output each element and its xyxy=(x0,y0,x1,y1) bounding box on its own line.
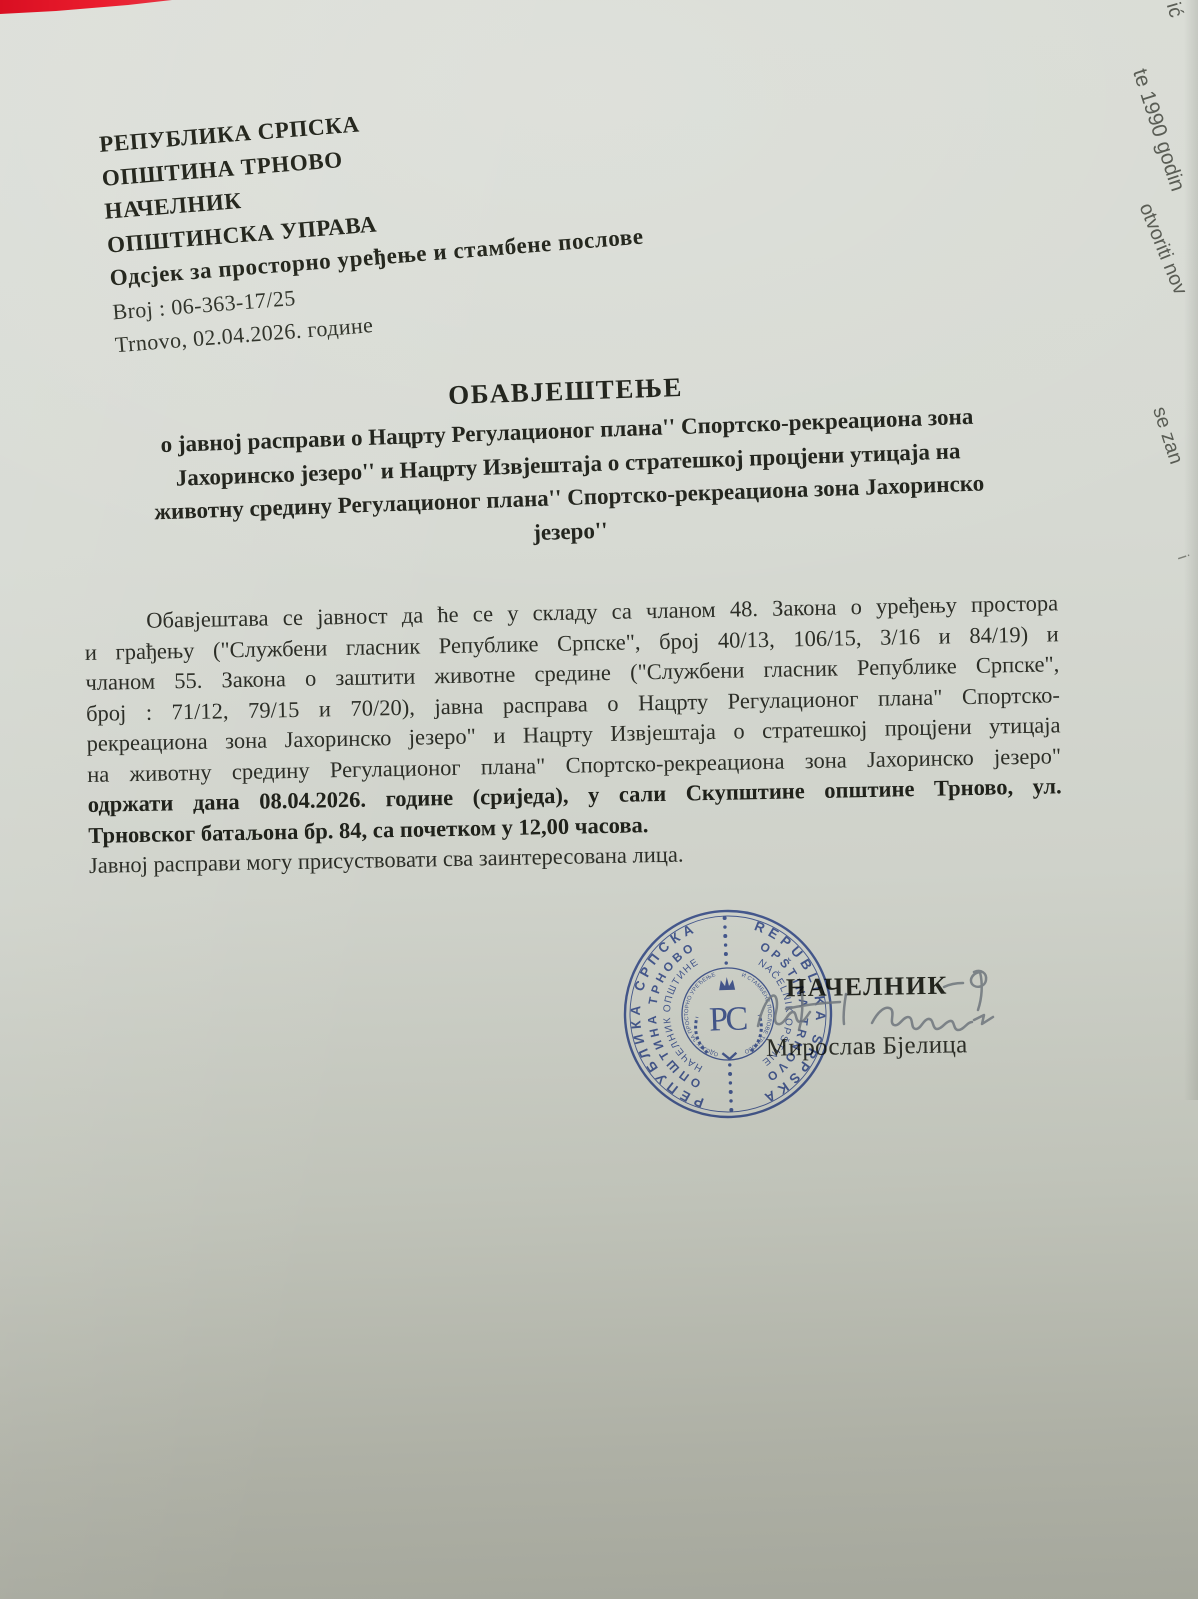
title-block: ОБАВЈЕШТЕЊЕ о јавној расправи о Нацрту Р… xyxy=(60,358,1075,565)
reverse-bleed-fragment: se zan xyxy=(1147,404,1187,467)
pen-mark-after-role xyxy=(944,971,986,1010)
handwritten-signature xyxy=(720,930,1120,1070)
red-backdrop-strip xyxy=(0,0,180,16)
signature-scrawl xyxy=(758,994,846,1030)
reverse-bleed-fragment: te 1990 godin xyxy=(1127,66,1189,194)
reverse-bleed-fragment: otvoriti nov xyxy=(1134,200,1192,298)
notice-body: Обавјештава се јавност да ће се у складу… xyxy=(84,588,1063,881)
letterhead: РЕПУБЛИКА СРПСКА ОПШТИНА ТРНОВО НАЧЕЛНИК… xyxy=(98,81,715,362)
page-edge-shadow xyxy=(1184,0,1198,1100)
document-page: РЕПУБЛИКА СРПСКА ОПШТИНА ТРНОВО НАЧЕЛНИК… xyxy=(0,0,1198,1599)
notice-subtitle: о јавној расправи о Нацрту Регулационог … xyxy=(62,396,1076,565)
signature-scrawl xyxy=(872,1008,993,1030)
